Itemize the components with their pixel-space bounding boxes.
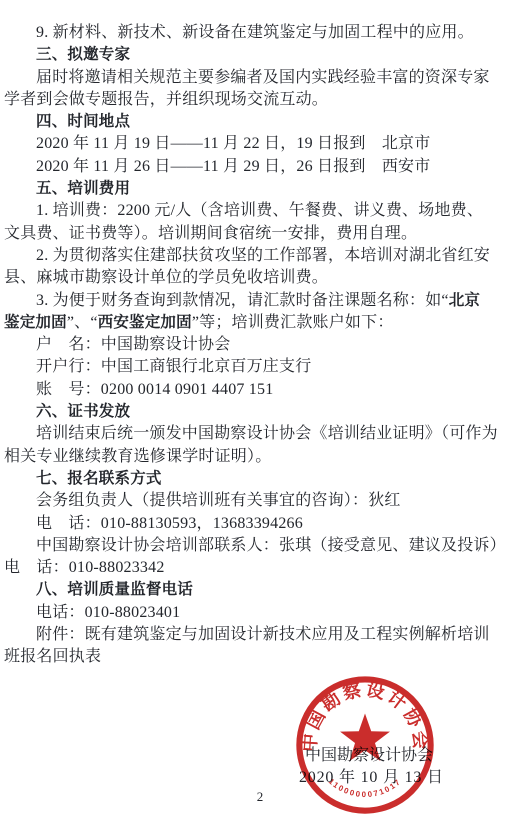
text-segment: 培训结束后统一颁发中国勘察设计协会《培训结业证明》（可作为 xyxy=(36,425,498,442)
doc-line: 电 话：010-88130593，13683394266 xyxy=(0,513,520,535)
doc-line: 2020 年 11 月 26 日——11 月 29 日，26 日报到 西安市 xyxy=(0,156,520,178)
document-page: 9. 新材料、新技术、新设备在建筑鉴定与加固工程中的应用。三、拟邀专家届时将邀请… xyxy=(0,0,520,825)
doc-line: 相关专业继续教育选修课学时证明）。 xyxy=(0,446,520,468)
doc-line: 9. 新材料、新技术、新设备在建筑鉴定与加固工程中的应用。 xyxy=(0,22,520,44)
doc-heading: 六、证书发放 xyxy=(0,401,520,423)
text-segment: 3. 为便于财务查询到款情况，请汇款时备注课题名称：如“ xyxy=(36,292,449,309)
text-segment: 学者到会做专题报告，并组织现场交流互动。 xyxy=(4,91,328,108)
official-seal-stamp: 中国勘察设计协会 1100000071017 xyxy=(295,675,435,815)
text-segment: ”等；培训费汇款账户如下： xyxy=(192,314,394,331)
doc-heading: 四、时间地点 xyxy=(0,111,520,133)
doc-line: 户 名：中国勘察设计协会 xyxy=(0,334,520,356)
text-segment: 七、报名联系方式 xyxy=(36,470,162,487)
text-segment: 班报名回执表 xyxy=(4,648,101,665)
doc-heading: 七、报名联系方式 xyxy=(0,468,520,490)
text-segment: 1. 培训费：2200 元/人（含培训费、午餐费、讲义费、场地费、 xyxy=(36,202,483,219)
text-segment: 户 名：中国勘察设计协会 xyxy=(36,336,230,353)
text-segment: 六、证书发放 xyxy=(36,403,130,420)
text-segment: 电话：010-88023401 xyxy=(36,604,180,621)
doc-line: 1. 培训费：2200 元/人（含培训费、午餐费、讲义费、场地费、 xyxy=(0,200,520,222)
doc-line: 县、麻城市勘察设计单位的学员免收培训费。 xyxy=(0,267,520,289)
text-segment: 四、时间地点 xyxy=(36,113,130,130)
text-segment: 2020 年 11 月 19 日——11 月 22 日，19 日报到 北京市 xyxy=(36,135,430,152)
text-segment: 2020 年 11 月 26 日——11 月 29 日，26 日报到 西安市 xyxy=(36,158,430,175)
doc-heading: 八、培训质量监督电话 xyxy=(0,579,520,601)
seal-star-icon xyxy=(340,714,390,762)
doc-line: 中国勘察设计协会培训部联系人：张琪（接受意见、建议及投诉） xyxy=(0,535,520,557)
text-segment: 西安鉴定加固 xyxy=(98,314,192,331)
text-segment: 2. 为贯彻落实住建部扶贫攻坚的工作部署，本培训对湖北省红安 xyxy=(36,247,490,264)
doc-line: 届时将邀请相关规范主要参编者及国内实践经验丰富的资深专家 xyxy=(0,67,520,89)
doc-line: 2020 年 11 月 19 日——11 月 22 日，19 日报到 北京市 xyxy=(0,133,520,155)
text-segment: 文具费、证书费等）。培训期间食宿统一安排，费用自理。 xyxy=(4,225,417,242)
doc-line: 电 话：010-88023342 xyxy=(0,557,520,579)
doc-heading: 五、培训费用 xyxy=(0,178,520,200)
text-segment: 相关专业继续教育选修课学时证明）。 xyxy=(4,448,271,465)
doc-line: 账 号：0200 0014 0901 4407 151 xyxy=(0,379,520,401)
text-segment: 电 话：010-88130593，13683394266 xyxy=(36,515,303,532)
seal-serial-number: 1100000071017 xyxy=(327,777,403,799)
doc-line: 附件：既有建筑鉴定与加固设计新技术应用及工程实例解析培训 xyxy=(0,624,520,646)
doc-line: 2. 为贯彻落实住建部扶贫攻坚的工作部署，本培训对湖北省红安 xyxy=(0,245,520,267)
doc-heading: 三、拟邀专家 xyxy=(0,44,520,66)
text-segment: 三、拟邀专家 xyxy=(36,46,130,63)
doc-line: 鉴定加固”、“西安鉴定加固”等；培训费汇款账户如下： xyxy=(0,312,520,334)
text-segment: 开户行：中国工商银行北京百万庄支行 xyxy=(36,358,311,375)
text-segment: 县、麻城市勘察设计单位的学员免收培训费。 xyxy=(4,269,328,286)
doc-line: 班报名回执表 xyxy=(0,646,520,668)
page-number: 2 xyxy=(0,789,520,805)
text-segment: 鉴定加固 xyxy=(4,314,67,331)
document-lines: 9. 新材料、新技术、新设备在建筑鉴定与加固工程中的应用。三、拟邀专家届时将邀请… xyxy=(0,22,520,669)
text-segment: 会务组负责人（提供培训班有关事宜的咨询）：狄红 xyxy=(36,492,401,509)
text-segment: 账 号：0200 0014 0901 4407 151 xyxy=(36,381,273,398)
text-segment: 五、培训费用 xyxy=(36,180,130,197)
doc-line: 会务组负责人（提供培训班有关事宜的咨询）：狄红 xyxy=(0,490,520,512)
doc-line: 文具费、证书费等）。培训期间食宿统一安排，费用自理。 xyxy=(0,223,520,245)
text-segment: 9. 新材料、新技术、新设备在建筑鉴定与加固工程中的应用。 xyxy=(36,24,474,41)
text-segment: 八、培训质量监督电话 xyxy=(36,581,193,598)
doc-line: 电话：010-88023401 xyxy=(0,602,520,624)
text-segment: 电 话：010-88023342 xyxy=(4,559,165,576)
doc-line: 学者到会做专题报告，并组织现场交流互动。 xyxy=(0,89,520,111)
text-segment: 中国勘察设计协会培训部联系人：张琪（接受意见、建议及投诉） xyxy=(36,537,506,554)
doc-line: 3. 为便于财务查询到款情况，请汇款时备注课题名称：如“北京 xyxy=(0,290,520,312)
doc-line: 开户行：中国工商银行北京百万庄支行 xyxy=(0,356,520,378)
text-segment: ”、“ xyxy=(67,314,98,331)
text-segment: 届时将邀请相关规范主要参编者及国内实践经验丰富的资深专家 xyxy=(36,69,490,86)
text-segment: 附件：既有建筑鉴定与加固设计新技术应用及工程实例解析培训 xyxy=(36,626,490,643)
text-segment: 北京 xyxy=(449,292,480,309)
doc-line: 培训结束后统一颁发中国勘察设计协会《培训结业证明》（可作为 xyxy=(0,423,520,445)
